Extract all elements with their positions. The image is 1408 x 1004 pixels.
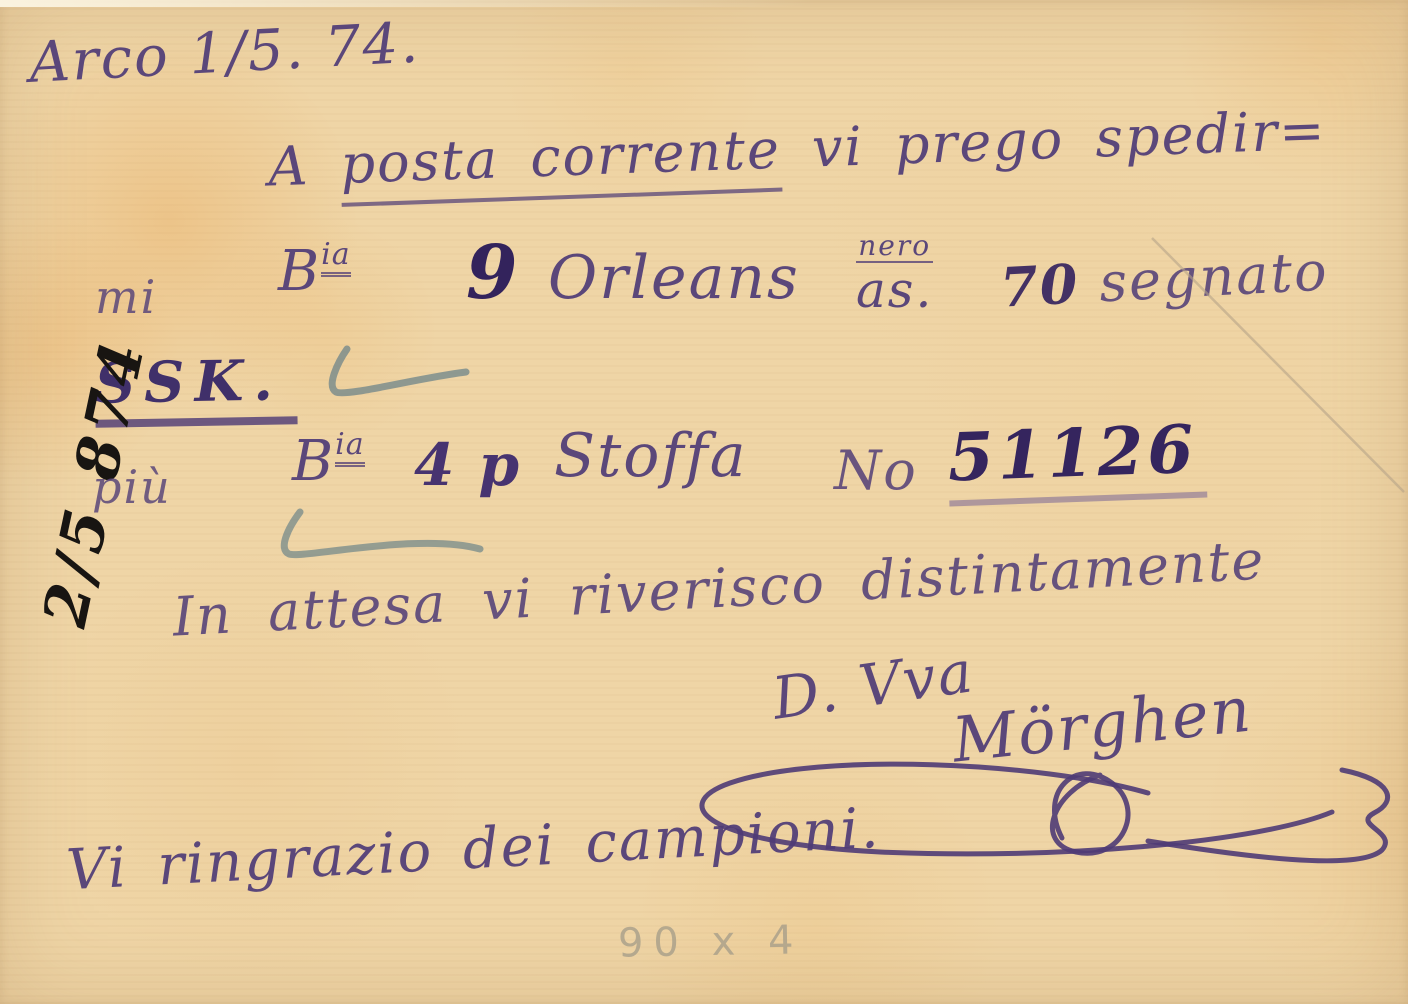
postscript-line: Vi ringrazio dei campioni. (65, 801, 881, 900)
request-underlined-phrase: posta corrente (339, 118, 782, 207)
paper-edge-highlight (0, 0, 817, 7)
order1-via-base: B (278, 239, 321, 304)
order2-article-name: Stoffa (554, 426, 748, 486)
order1-unit-abbrev: as. (856, 265, 933, 315)
order2-number: 51126 (947, 416, 1207, 507)
crayon-checkmark-1 (332, 349, 466, 393)
signature-flourish-tail (1148, 770, 1388, 861)
order2-lead-word: più (92, 464, 172, 510)
date-line: Arco 1/5. 74. (28, 16, 421, 92)
order2-via-base: B (292, 429, 335, 494)
order2-via-abbreviation: Bia (292, 434, 365, 493)
postcard: Arco 1/5. 74. A posta corrente vi prego … (0, 0, 1408, 1004)
order1-count: 70 (999, 252, 1081, 320)
order1-via-superscript: ia (321, 240, 350, 277)
signature-prefix: D. Vva (769, 642, 978, 728)
request-line: A posta corrente vi prego spedir= (267, 104, 1327, 195)
signature-flourish-loop (1052, 774, 1128, 854)
signature-name: Mörghen (950, 678, 1256, 771)
order1-via-abbreviation: Bia (278, 244, 351, 303)
request-prefix: A (267, 133, 341, 198)
order2-quantity: 4 p (414, 436, 521, 494)
crayon-checkmark-2 (284, 512, 480, 555)
order2-number-label: No (834, 444, 918, 498)
order1-article-name: Orleans (548, 248, 800, 308)
order1-unit-with-annotation: nero as. (856, 232, 933, 315)
order1-tail-word: segnato (1098, 239, 1330, 314)
order1-tail: 70segnato (999, 243, 1330, 315)
order1-annotation-nero: nero (856, 232, 933, 263)
order2-via-superscript: ia (335, 430, 364, 467)
order1-quantity: 9 (466, 236, 520, 310)
pencil-size-note: 90 x 4 (618, 920, 804, 963)
closing-line: In attesa vi riverisco distintamente (171, 533, 1266, 644)
request-suffix: vi prego spedir= (780, 99, 1328, 181)
